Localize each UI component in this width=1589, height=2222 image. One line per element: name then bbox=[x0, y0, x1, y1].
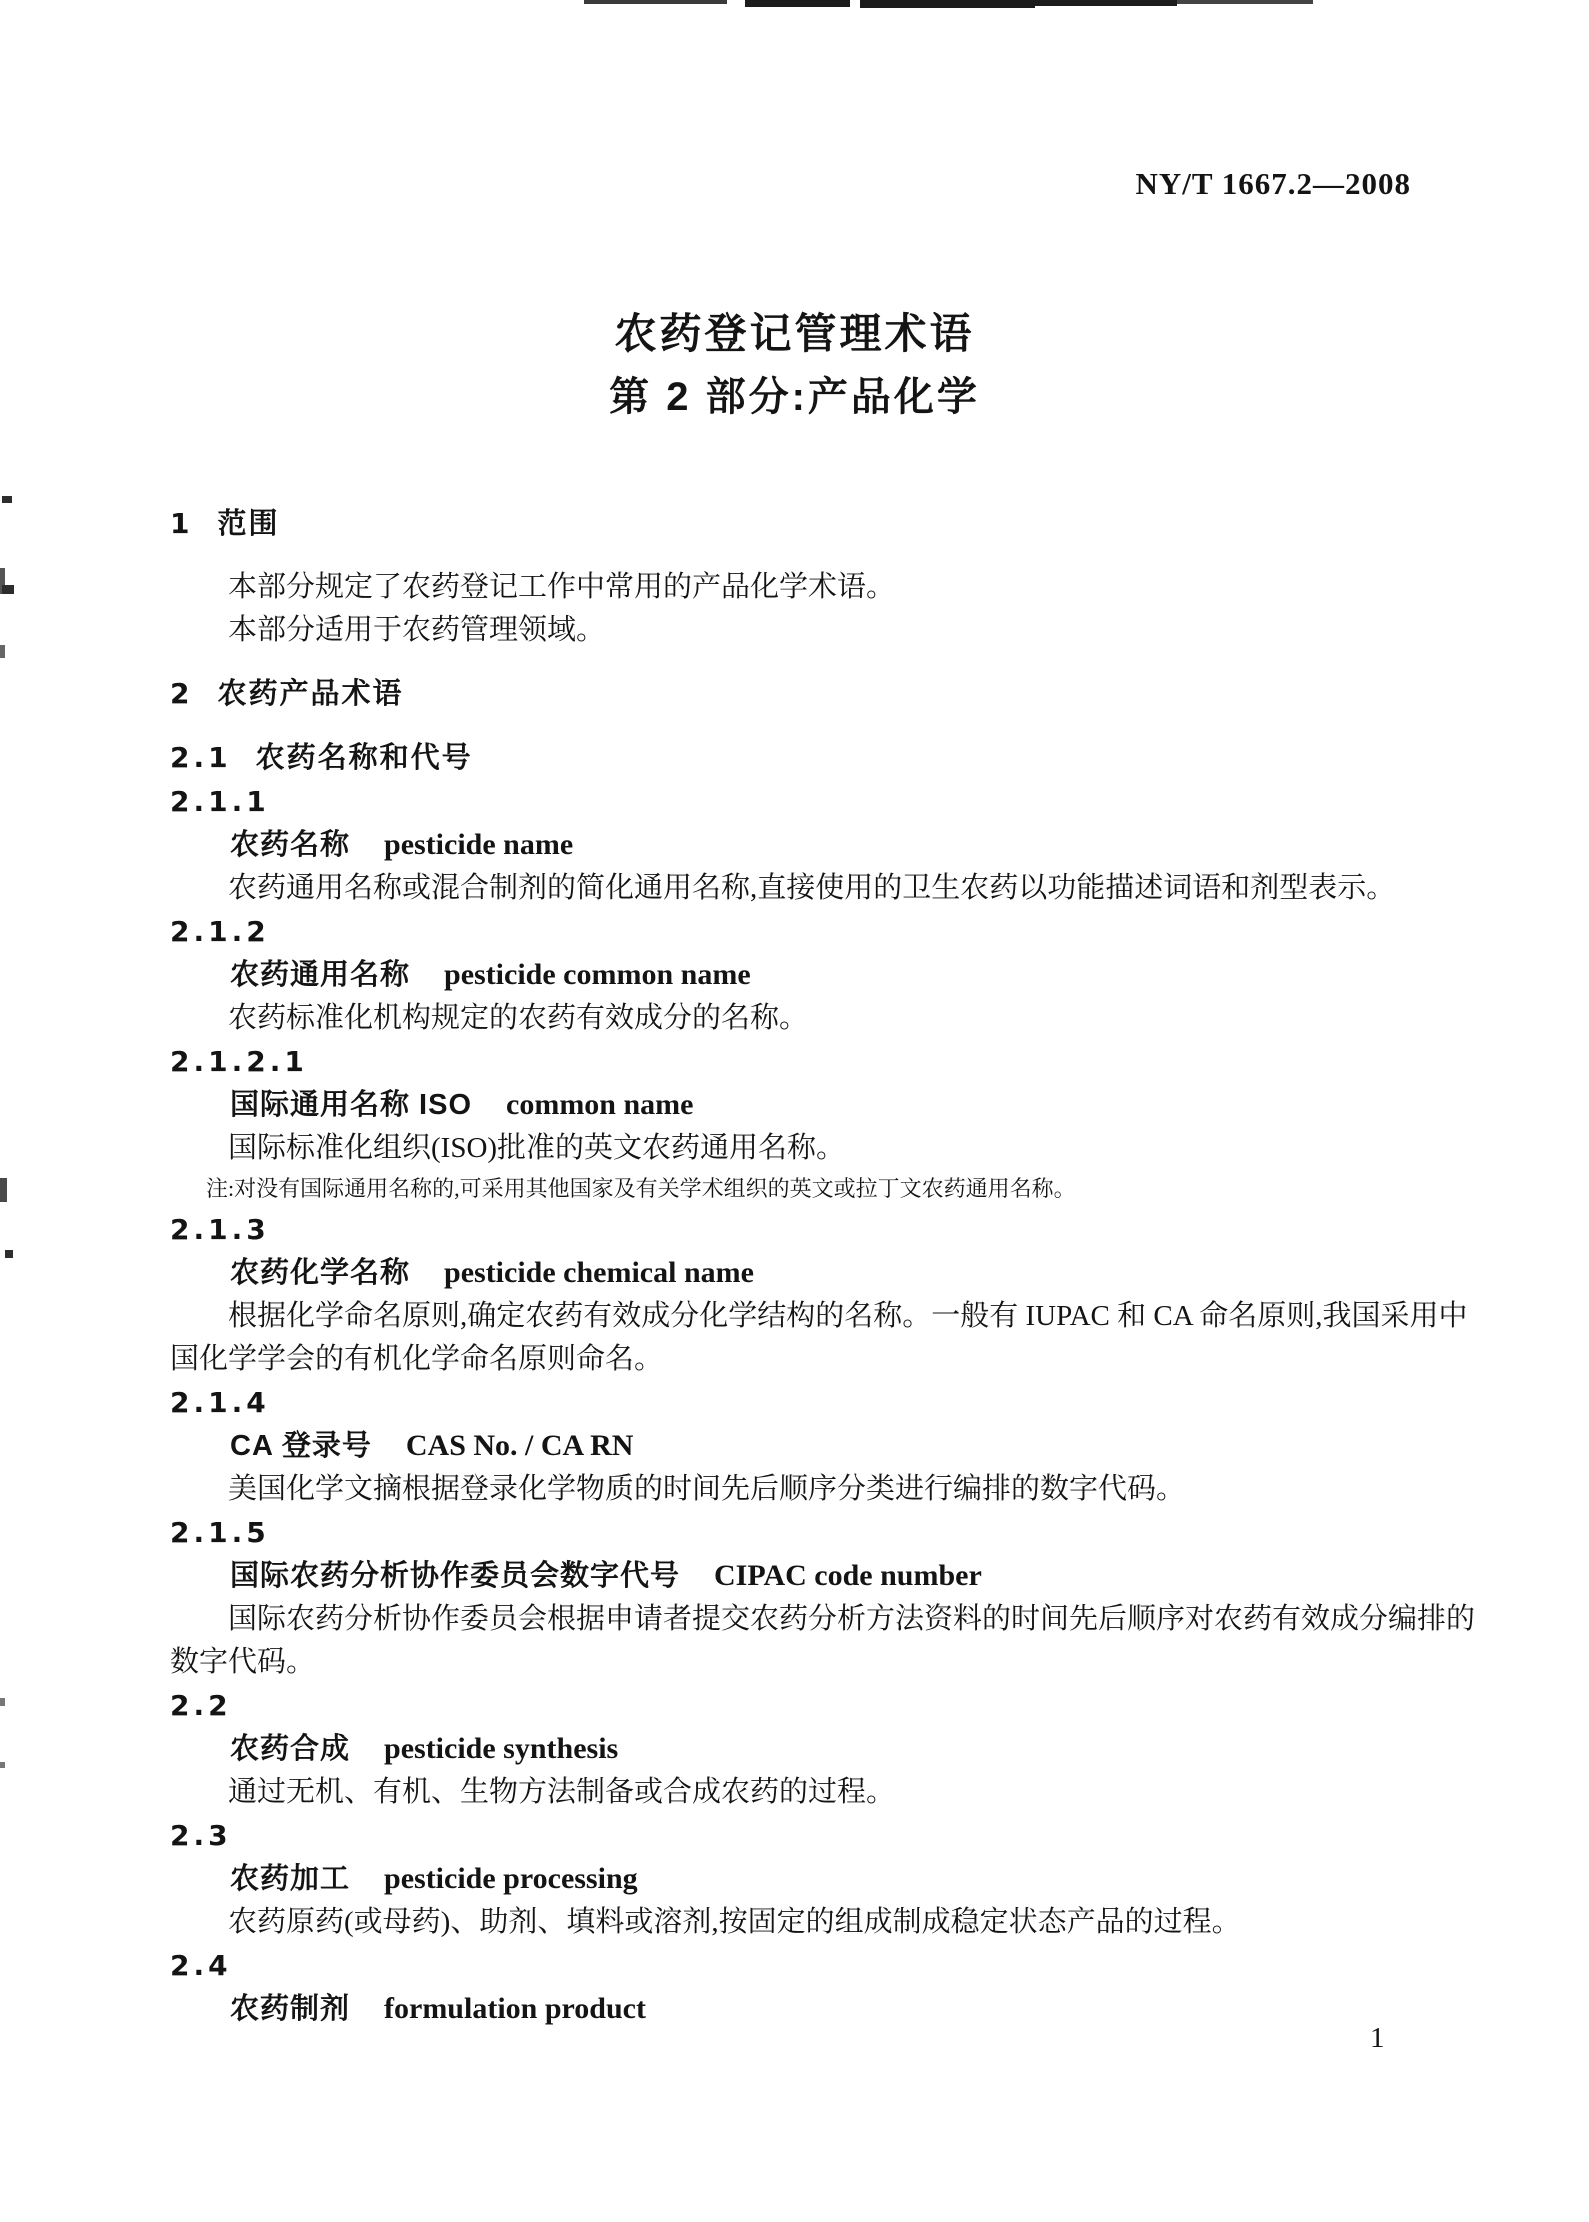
clause-title: 范围 bbox=[217, 508, 279, 540]
note: 注:对没有国际通用名称的,可采用其他国家及有关学术组织的英文或拉丁文农药通用名称… bbox=[206, 1170, 1482, 1208]
term-number: 2.1.3 bbox=[170, 1208, 1482, 1251]
term-chinese: 农药合成 bbox=[230, 1733, 350, 1765]
document-title-line2: 第 2 部分:产品化学 bbox=[0, 365, 1589, 422]
clause-heading: 2.1农药名称和代号 bbox=[170, 736, 1482, 780]
term-english: pesticide name bbox=[384, 828, 573, 861]
term-english: pesticide synthesis bbox=[384, 1732, 618, 1765]
term-english: pesticide common name bbox=[444, 958, 751, 991]
term-chinese: 农药化学名称 bbox=[230, 1257, 410, 1289]
document-title-line1: 农药登记管理术语 bbox=[0, 301, 1589, 361]
standard-number: NY/T 1667.2—2008 bbox=[1135, 166, 1411, 202]
scan-artifact bbox=[0, 1178, 7, 1202]
paragraph: 根据化学命名原则,确定农药有效成分化学结构的名称。一般有 IUPAC 和 CA … bbox=[170, 1295, 1482, 1381]
term-chinese: 农药制剂 bbox=[230, 1993, 350, 2025]
term-chinese: CA 登录号 bbox=[230, 1430, 372, 1462]
clause-title: 农药产品术语 bbox=[217, 678, 403, 710]
term-chinese: 国际通用名称 ISO bbox=[230, 1089, 472, 1121]
document-page: NY/T 1667.2—2008 农药登记管理术语 第 2 部分:产品化学 1范… bbox=[0, 0, 1589, 2222]
clause-heading: 1范围 bbox=[170, 502, 1482, 546]
paragraph: 农药标准化机构规定的农药有效成分的名称。 bbox=[170, 997, 1482, 1040]
clause-number: 2 bbox=[170, 677, 193, 710]
clause-title: 农药名称和代号 bbox=[256, 742, 473, 774]
paragraph: 国际标准化组织(ISO)批准的英文农药通用名称。 bbox=[170, 1127, 1482, 1170]
scan-artifact-top-line bbox=[1035, 0, 1177, 6]
term-number: 2.1.2 bbox=[170, 910, 1482, 953]
term-chinese: 农药加工 bbox=[230, 1863, 350, 1895]
scan-artifact bbox=[2, 585, 14, 594]
term-number: 2.1.2.1 bbox=[170, 1040, 1482, 1083]
term-line: 农药制剂formulation product bbox=[230, 1987, 1482, 2031]
document-body: 1范围本部分规定了农药登记工作中常用的产品化学术语。本部分适用于农药管理领域。2… bbox=[170, 502, 1482, 2031]
paragraph: 本部分适用于农药管理领域。 bbox=[170, 609, 1482, 652]
clause-number: 2.1 bbox=[170, 741, 232, 774]
term-number: 2.1.4 bbox=[170, 1381, 1482, 1424]
term-chinese: 农药名称 bbox=[230, 829, 350, 861]
paragraph: 本部分规定了农药登记工作中常用的产品化学术语。 bbox=[170, 566, 1482, 609]
scan-artifact bbox=[2, 496, 12, 503]
paragraph: 农药通用名称或混合制剂的简化通用名称,直接使用的卫生农药以功能描述词语和剂型表示… bbox=[170, 867, 1482, 910]
clause-number: 1 bbox=[170, 507, 193, 540]
term-number: 2.4 bbox=[170, 1944, 1482, 1987]
term-line: 国际通用名称 ISOcommon name bbox=[230, 1083, 1482, 1127]
term-english: CAS No. / CA RN bbox=[406, 1429, 634, 1462]
term-english: CIPAC code number bbox=[714, 1559, 982, 1592]
term-chinese: 农药通用名称 bbox=[230, 959, 410, 991]
paragraph: 通过无机、有机、生物方法制备或合成农药的过程。 bbox=[170, 1771, 1482, 1814]
scan-artifact bbox=[0, 1698, 5, 1706]
scan-artifact-top-line bbox=[1177, 0, 1313, 4]
scan-artifact-top-line bbox=[745, 0, 850, 7]
term-number: 2.1.1 bbox=[170, 780, 1482, 823]
term-line: 国际农药分析协作委员会数字代号CIPAC code number bbox=[230, 1554, 1482, 1598]
term-english: common name bbox=[506, 1088, 693, 1121]
scan-artifact bbox=[0, 645, 5, 658]
term-line: 农药合成pesticide synthesis bbox=[230, 1727, 1482, 1771]
term-chinese: 国际农药分析协作委员会数字代号 bbox=[230, 1560, 680, 1592]
scan-artifact-top-line bbox=[860, 0, 1035, 8]
term-number: 2.1.5 bbox=[170, 1511, 1482, 1554]
term-line: CA 登录号CAS No. / CA RN bbox=[230, 1424, 1482, 1468]
term-number: 2.3 bbox=[170, 1814, 1482, 1857]
paragraph: 国际农药分析协作委员会根据申请者提交农药分析方法资料的时间先后顺序对农药有效成分… bbox=[170, 1598, 1482, 1684]
clause-heading: 2农药产品术语 bbox=[170, 672, 1482, 716]
scan-artifact-top-line bbox=[584, 0, 727, 4]
scan-artifact bbox=[5, 1250, 13, 1258]
term-line: 农药名称pesticide name bbox=[230, 823, 1482, 867]
term-english: formulation product bbox=[384, 1992, 646, 2025]
term-english: pesticide chemical name bbox=[444, 1256, 754, 1289]
term-number: 2.2 bbox=[170, 1684, 1482, 1727]
term-english: pesticide processing bbox=[384, 1862, 638, 1895]
paragraph: 美国化学文摘根据登录化学物质的时间先后顺序分类进行编排的数字代码。 bbox=[170, 1468, 1482, 1511]
paragraph: 农药原药(或母药)、助剂、填料或溶剂,按固定的组成制成稳定状态产品的过程。 bbox=[170, 1901, 1482, 1944]
scan-artifact bbox=[0, 1762, 5, 1768]
term-line: 农药加工pesticide processing bbox=[230, 1857, 1482, 1901]
page-number: 1 bbox=[1370, 2022, 1385, 2055]
term-line: 农药通用名称pesticide common name bbox=[230, 953, 1482, 997]
term-line: 农药化学名称pesticide chemical name bbox=[230, 1251, 1482, 1295]
